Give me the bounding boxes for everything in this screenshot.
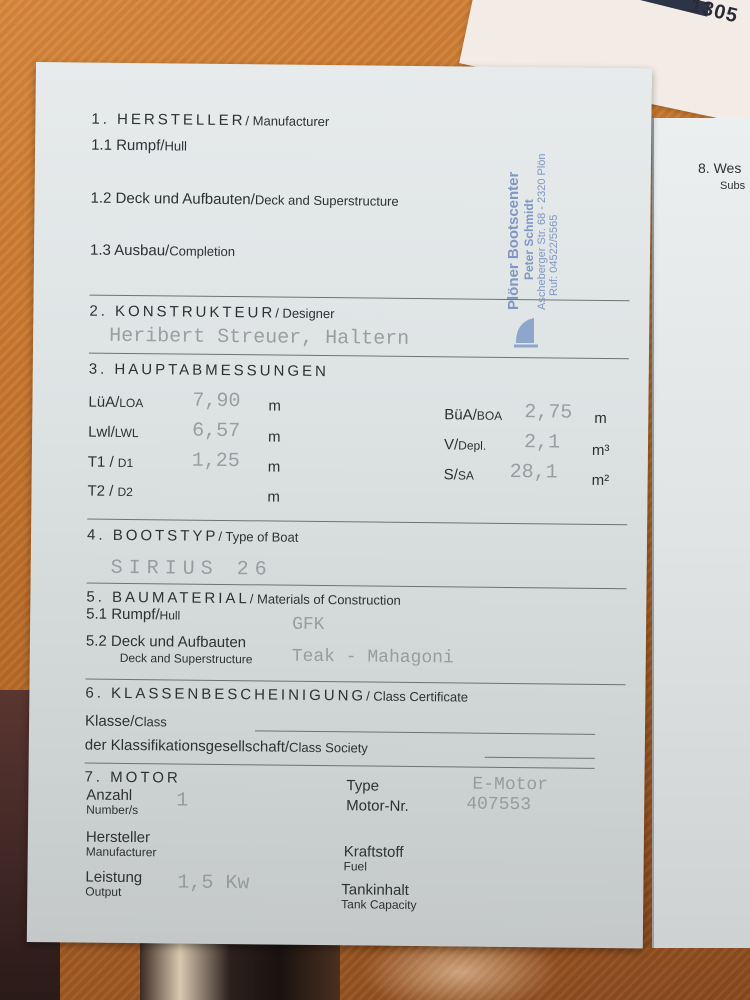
field-class-label: Klasse/Class: [85, 713, 167, 731]
field-5-1-hull-label: 5.1 Rumpf/Hull: [86, 606, 180, 624]
background-cloth: [140, 940, 340, 1000]
section-6-heading: 6. KLASSENBESCHEINIGUNG/ Class Certifica…: [85, 685, 468, 706]
class-line: [255, 730, 595, 735]
field-class-society-label: der Klassifikationsgesellschaft/Class So…: [85, 737, 368, 757]
section-8-number: 8.: [698, 160, 710, 176]
divider: [89, 353, 629, 360]
field-motor-count-label-en: Number/s: [86, 803, 138, 818]
section-4-heading: 4. BOOTSTYP/ Type of Boat: [87, 527, 299, 546]
section-2-heading: 2. KONSTRUKTEUR/ Designer: [89, 303, 334, 323]
field-motor-output-label-en: Output: [85, 885, 121, 899]
field-motor-number-label: Motor-Nr.: [346, 797, 409, 815]
field-1-3-completion: 1.3 Ausbau/Completion: [90, 242, 235, 261]
class-society-line: [485, 757, 595, 759]
designer-value: Heribert Streuer, Haltern: [109, 325, 409, 351]
section-7-heading: 7. MOTOR: [84, 769, 180, 787]
field-motor-type-label: Type: [346, 777, 379, 794]
field-loa-unit: m: [268, 397, 281, 414]
field-5-2-deck-label-en: Deck and Superstructure: [120, 651, 253, 666]
dealer-stamp: Plöner Bootscenter Peter Schmidt Aschebe…: [505, 90, 560, 310]
field-draft-2-label: T2 / D2: [87, 483, 133, 500]
field-5-2-deck-value: Teak - Mahagoni: [292, 647, 454, 669]
field-lwl-label: Lwl/LWL: [88, 424, 139, 442]
field-tank-label: Tankinhalt: [341, 881, 409, 899]
dealer-owner: Peter Schmidt: [522, 90, 536, 310]
dealer-address: Ascheberger Str. 68 - 2320 Plön: [536, 90, 548, 310]
field-motor-output-value: 1,5 Kw: [177, 872, 249, 896]
divider: [85, 763, 595, 769]
field-displacement-value: 2,1: [524, 431, 560, 454]
field-motor-type-value: E-Motor: [472, 775, 548, 796]
field-lwl-unit: m: [268, 428, 281, 445]
field-fuel-label: Kraftstoff: [344, 843, 404, 861]
field-motor-manufacturer-label: Hersteller: [86, 829, 150, 847]
field-1-1-hull: 1.1 Rumpf/Hull: [91, 137, 187, 155]
field-5-1-hull-value: GFK: [292, 615, 325, 635]
field-loa-label: LüA/LOA: [88, 394, 143, 412]
field-draft-1-unit: m: [268, 458, 281, 475]
field-displacement-label: V/Depl.: [444, 436, 486, 453]
field-boa-label: BüA/BOA: [444, 406, 502, 424]
field-boa-unit: m: [594, 410, 607, 427]
field-lwl-value: 6,57: [192, 420, 240, 444]
field-sail-area-value: 28,1: [510, 461, 558, 485]
field-motor-number-value: 407553: [466, 795, 531, 816]
field-sail-area-unit: m²: [592, 472, 610, 489]
field-boa-value: 2,75: [524, 401, 572, 425]
field-loa-value: 7,90: [192, 390, 240, 414]
field-1-2-deck: 1.2 Deck und Aufbauten/Deck and Superstr…: [90, 190, 398, 210]
field-draft-1-value: 1,25: [192, 450, 240, 474]
field-draft-1-label: T1 / D1: [88, 454, 134, 471]
field-sail-area-label: S/SA: [444, 466, 474, 483]
section-8-title: Wes: [714, 160, 742, 176]
divider: [87, 583, 627, 590]
field-5-2-deck-label: 5.2 Deck und Aufbauten: [86, 633, 246, 652]
boat-type-value: SIRIUS 26: [111, 557, 273, 582]
sailboat-logo-icon: [512, 312, 540, 352]
dealer-name: Plöner Bootscenter: [505, 90, 522, 310]
field-draft-2-unit: m: [267, 488, 280, 505]
divider: [87, 519, 627, 526]
right-page: 8. Wes Subs: [652, 118, 750, 948]
field-motor-manufacturer-label-en: Manufacturer: [86, 845, 157, 860]
dealer-phone: Ruf: 04522/5565: [548, 90, 560, 310]
field-motor-count-value: 1: [176, 790, 188, 813]
field-tank-label-en: Tank Capacity: [341, 897, 417, 912]
divider: [86, 679, 626, 686]
section-8-subtitle: Subs: [720, 180, 745, 192]
section-1-heading: 1. HERSTELLER/ Manufacturer: [91, 111, 329, 130]
field-motor-count-label: Anzahl: [86, 787, 132, 804]
field-motor-output-label: Leistung: [85, 869, 142, 887]
section-3-heading: 3. HAUPTABMESSUNGEN: [89, 361, 329, 381]
field-displacement-unit: m³: [592, 442, 610, 459]
field-fuel-label-en: Fuel: [344, 859, 367, 873]
